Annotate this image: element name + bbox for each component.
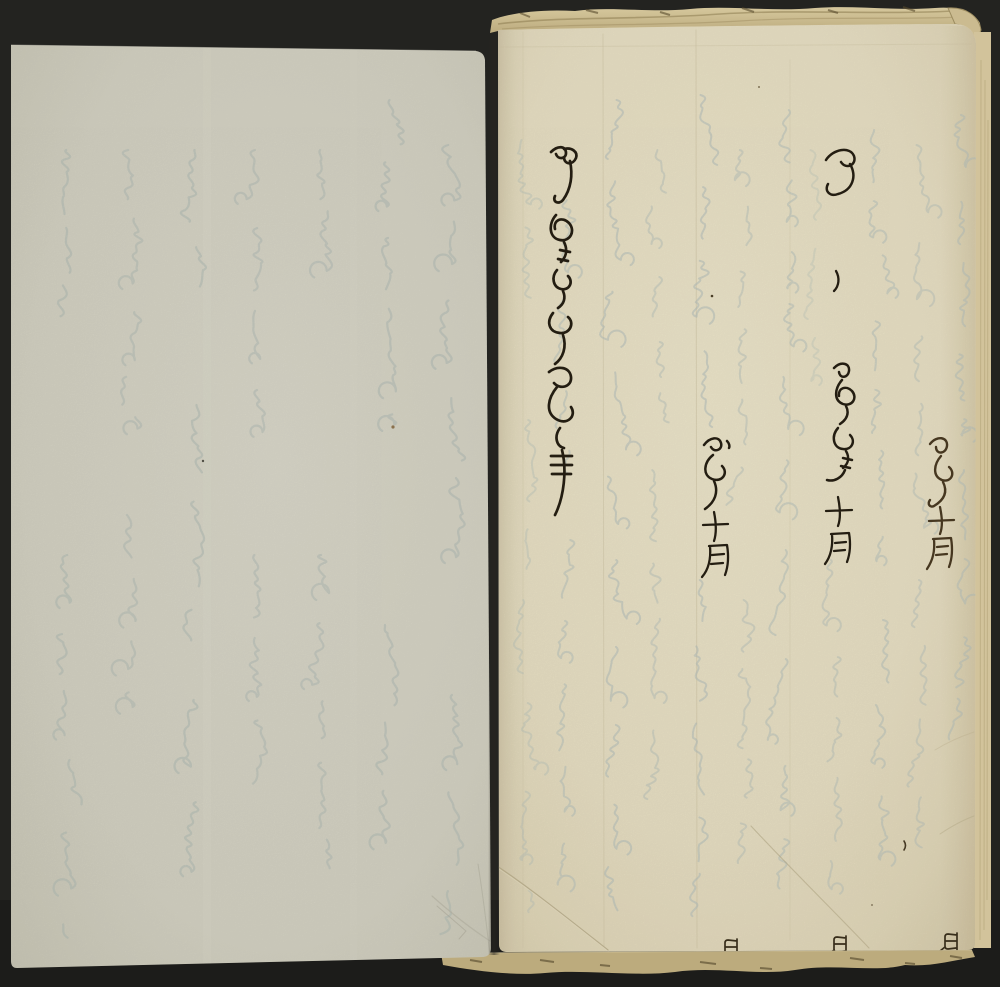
manuscript-photograph: [0, 0, 1000, 987]
left-paper-grain: [11, 45, 491, 968]
scene: [0, 0, 1000, 987]
left-page: [11, 45, 491, 968]
right-stack-edge: [974, 32, 991, 948]
right-paper-grain: [498, 24, 976, 952]
right-page: [497, 24, 982, 957]
